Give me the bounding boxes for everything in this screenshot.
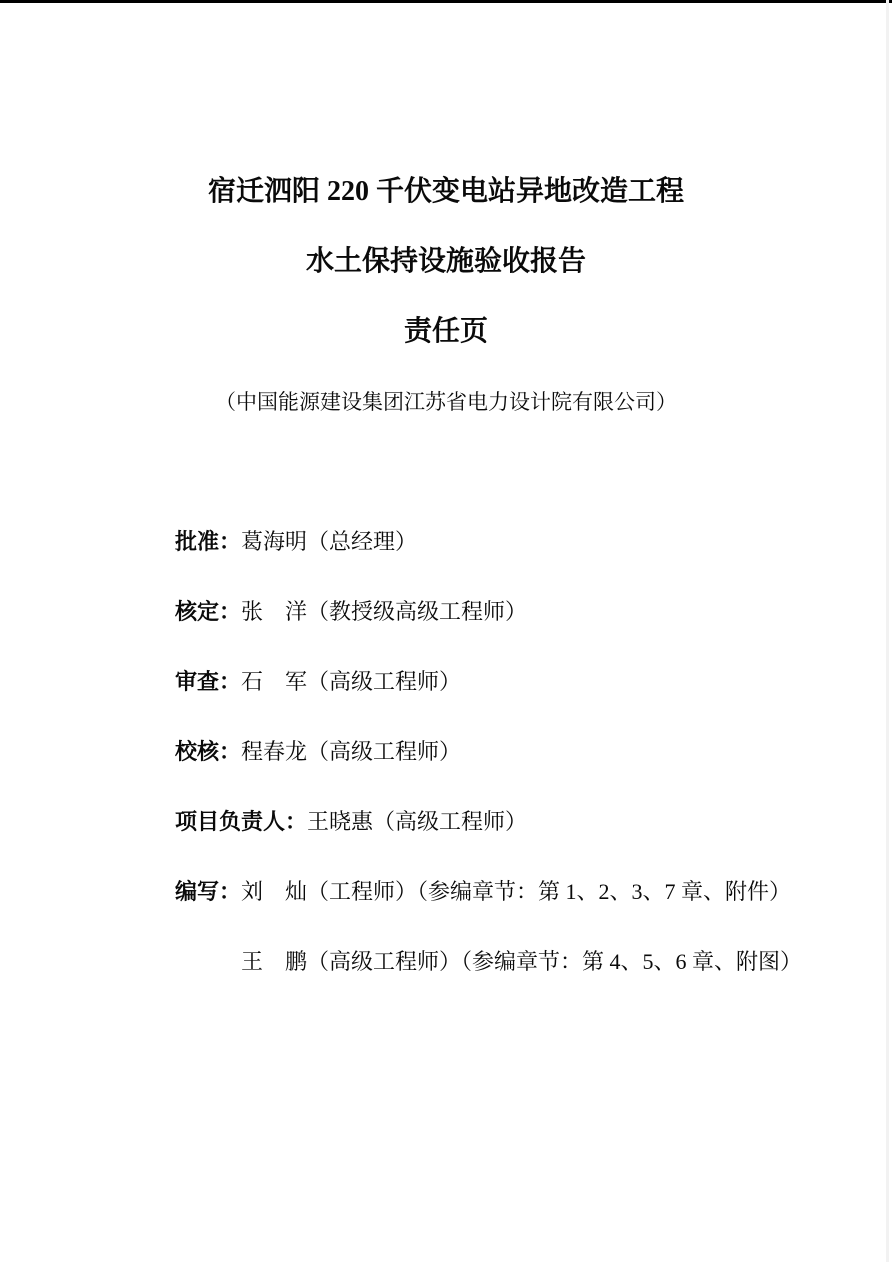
entry-review: 审查：石 军（高级工程师） [175, 645, 852, 715]
entry-project-leader-value: 王晓惠（高级工程师） [307, 805, 527, 836]
entry-project-leader-label: 项目负责人： [175, 805, 307, 836]
entry-approve-label: 批准： [175, 525, 241, 556]
organization-line: （中国能源建设集团江苏省电力设计院有限公司） [0, 387, 892, 417]
entry-writer-1-label: 编写： [175, 875, 241, 906]
document-title-line-2: 水土保持设施验收报告 [0, 224, 892, 294]
entry-check-value: 程春龙（高级工程师） [241, 735, 461, 766]
title-block: 宿迁泗阳 220 千伏变电站异地改造工程 水土保持设施验收报告 责任页 [0, 154, 892, 364]
entry-writer-2: 王 鹏（高级工程师）（参编章节：第 4、5、6 章、附图） [175, 925, 852, 995]
document-title-line-3: 责任页 [0, 294, 892, 364]
scan-edge-top [0, 0, 892, 3]
responsibility-list: 批准：葛海明（总经理） 核定：张 洋（教授级高级工程师） 审查：石 军（高级工程… [175, 505, 852, 995]
document-page: 宿迁泗阳 220 千伏变电站异地改造工程 水土保持设施验收报告 责任页 （中国能… [0, 0, 892, 1262]
entry-check: 校核：程春龙（高级工程师） [175, 715, 852, 785]
document-title-line-1: 宿迁泗阳 220 千伏变电站异地改造工程 [0, 154, 892, 224]
entry-approve-value: 葛海明（总经理） [241, 525, 417, 556]
entry-check-label: 校核： [175, 735, 241, 766]
entry-review-value: 石 军（高级工程师） [241, 665, 461, 696]
entry-verify: 核定：张 洋（教授级高级工程师） [175, 575, 852, 645]
entry-writer-1-value: 刘 灿（工程师）（参编章节：第 1、2、3、7 章、附件） [241, 875, 791, 906]
entry-verify-label: 核定： [175, 595, 241, 626]
entry-project-leader: 项目负责人：王晓惠（高级工程师） [175, 785, 852, 855]
entry-writer-1: 编写：刘 灿（工程师）（参编章节：第 1、2、3、7 章、附件） [175, 855, 852, 925]
entry-verify-value: 张 洋（教授级高级工程师） [241, 595, 527, 626]
entry-review-label: 审查： [175, 665, 241, 696]
entry-approve: 批准：葛海明（总经理） [175, 505, 852, 575]
entry-writer-2-value: 王 鹏（高级工程师）（参编章节：第 4、5、6 章、附图） [241, 945, 802, 976]
